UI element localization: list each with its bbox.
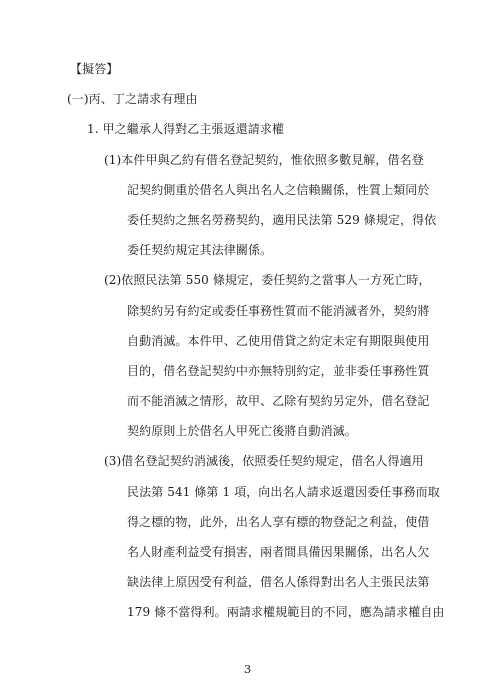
text-line: 記契約側重於借名人與出名人之信賴關係，性質上類同於 [0, 175, 495, 205]
text-line: 契約原則上於借名人甲死亡後將自動消滅。 [0, 416, 495, 446]
text-line: 除契約另有約定或委任事務性質而不能消滅者外，契約將 [0, 296, 495, 326]
text-line: 缺法律上原因受有利益，借名人係得對出名人主張民法第 [0, 567, 495, 597]
page-number: 3 [0, 662, 495, 676]
text-line: 而不能消滅之情形，故甲、乙除有契約另定外，借名登記 [0, 386, 495, 416]
text-line: 179 條不當得利。兩請求權規範目的不同，應為請求權自由 [0, 597, 495, 627]
text-line: 民法第 541 條第 1 項，向出名人請求返還因委任事務而取 [0, 477, 495, 507]
document-body: 【擬答】(一)丙、丁之請求有理由1. 甲之繼承人得對乙主張返還請求權(1)本件甲… [0, 54, 495, 628]
document-page: 【擬答】(一)丙、丁之請求有理由1. 甲之繼承人得對乙主張返還請求權(1)本件甲… [0, 0, 495, 700]
text-line: (一)丙、丁之請求有理由 [0, 84, 495, 114]
text-line: (2)依照民法第 550 條規定，委任契約之當事人一方死亡時， [0, 265, 495, 295]
text-line: (3)借名登記契約消滅後，依照委任契約規定，借名人得適用 [0, 446, 495, 476]
text-line: 名人財產利益受有損害，兩者間具備因果關係，出名人欠 [0, 537, 495, 567]
text-line: 委任契約之無名勞務契約，適用民法第 529 條規定，得依 [0, 205, 495, 235]
text-line: 自動消滅。本件甲、乙使用借貸之約定未定有期限與使用 [0, 326, 495, 356]
text-line: 【擬答】 [0, 54, 495, 84]
text-line: 1. 甲之繼承人得對乙主張返還請求權 [0, 114, 495, 144]
text-line: 得之標的物，此外，出名人享有標的物登記之利益，使借 [0, 507, 495, 537]
text-line: 目的，借名登記契約中亦無特別約定，並非委任事務性質 [0, 356, 495, 386]
text-line: 委任契約規定其法律關係。 [0, 235, 495, 265]
text-line: (1)本件甲與乙約有借名登記契約，惟依照多數見解，借名登 [0, 145, 495, 175]
